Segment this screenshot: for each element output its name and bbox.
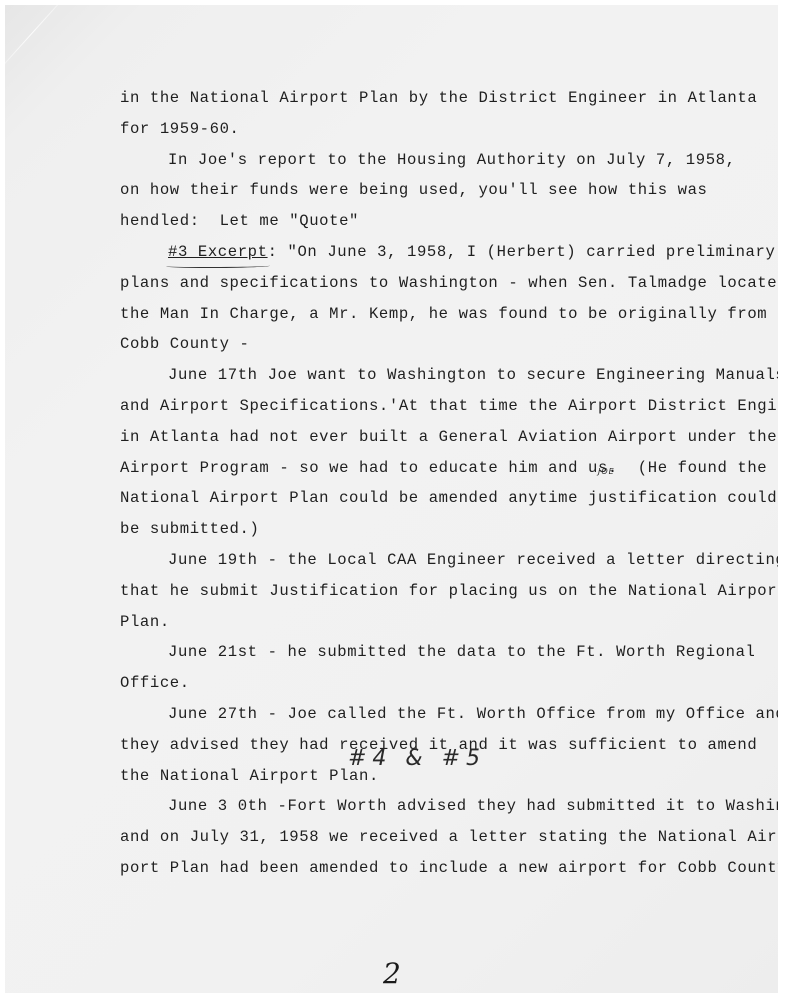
text-line: and Airport Specifications.'At that time… — [120, 396, 778, 416]
text-line: National Airport Plan could be amended a… — [120, 488, 777, 508]
text-line: in Atlanta had not ever built a General … — [120, 427, 777, 447]
text-line: #3 Excerpt: "On June 3, 1958, I (Herbert… — [168, 242, 775, 262]
text-line: Office. — [120, 673, 190, 693]
text-line: June 19th - the Local CAA Engineer recei… — [168, 550, 778, 570]
paper-crease — [5, 5, 79, 86]
excerpt-label: #3 Excerpt — [168, 243, 268, 261]
text-line: Airport Program - so we had to educate h… — [120, 458, 767, 478]
text-line: and on July 31, 1958 we received a lette… — [120, 827, 778, 847]
text-line: June 3 0th -Fort Worth advised they had … — [168, 796, 778, 816]
document-page: in the National Airport Plan by the Dist… — [5, 5, 778, 993]
text-line: In Joe's report to the Housing Authority… — [168, 150, 736, 170]
text-line: June 21st - he submitted the data to the… — [168, 642, 756, 662]
text-line: that he submit Justification for placing… — [120, 581, 778, 601]
text-line: be submitted.) — [120, 519, 259, 539]
text-line: in the National Airport Plan by the Dist… — [120, 88, 757, 108]
excerpt-text: : "On June 3, 1958, I (Herbert) carried … — [268, 243, 776, 261]
text-line: the National Airport Plan. — [120, 766, 379, 786]
text-line: on how their funds were being used, you'… — [120, 180, 708, 200]
text-line: June 17th Joe want to Washington to secu… — [168, 365, 778, 385]
text-line: Plan. — [120, 612, 170, 632]
text-line: the Man In Charge, a Mr. Kemp, he was fo… — [120, 304, 767, 324]
text-line: June 27th - Joe called the Ft. Worth Off… — [168, 704, 778, 724]
handwritten-joe-note: JOE — [598, 467, 615, 476]
text-line: for 1959-60. — [120, 119, 240, 139]
page-number: 2 — [383, 957, 401, 990]
text-line: plans and specifications to Washington -… — [120, 273, 778, 293]
handwritten-underline — [166, 264, 270, 268]
text-line: hendled: Let me "Quote" — [120, 211, 359, 231]
text-line: Cobb County - — [120, 334, 249, 354]
text-line: port Plan had been amended to include a … — [120, 858, 778, 878]
handwritten-exhibits-note: #4 & #5 — [348, 746, 486, 771]
